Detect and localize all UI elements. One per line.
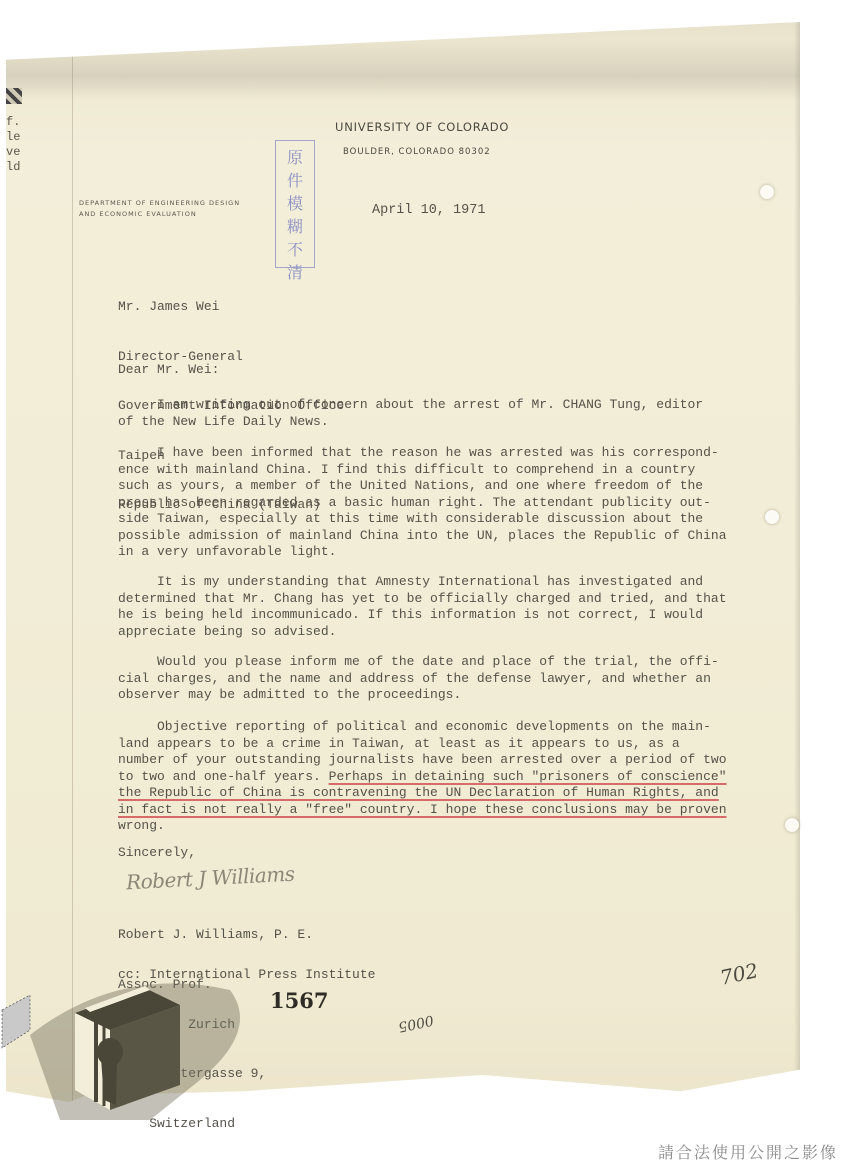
punch-hole bbox=[785, 818, 799, 832]
underlined-passage: in fact is not really a "free" country. … bbox=[118, 802, 727, 817]
archive-keyhole-book-icon bbox=[0, 970, 260, 1130]
paragraph-2: I have been informed that the reason he … bbox=[118, 445, 758, 561]
fragment: ve bbox=[6, 145, 20, 160]
recipient-name: Mr. James Wei bbox=[118, 299, 344, 316]
stamp-char: 件 bbox=[287, 168, 303, 191]
stamp-char: 糊 bbox=[287, 214, 303, 237]
letter-date: April 10, 1971 bbox=[372, 203, 485, 220]
paragraph-3: It is my understanding that Amnesty Inte… bbox=[118, 574, 758, 640]
paragraph-5-end: wrong. bbox=[118, 818, 165, 833]
archive-stamp: 原 件 模 糊 不 清 bbox=[275, 140, 315, 268]
punch-hole bbox=[765, 510, 779, 524]
document-number: 1567 bbox=[270, 988, 328, 1013]
usage-caption: 請合法使用公開之影像 bbox=[658, 1140, 838, 1163]
stamp-char: 原 bbox=[287, 145, 303, 168]
fold-line bbox=[72, 52, 73, 1112]
hatch-mark bbox=[6, 88, 22, 104]
paragraph-5: Objective reporting of political and eco… bbox=[118, 719, 758, 835]
fragment: le bbox=[6, 130, 20, 145]
underlined-passage: Perhaps in detaining such "prisoners of … bbox=[329, 769, 727, 784]
fragment: f. bbox=[6, 115, 20, 130]
department-line: AND ECONOMIC EVALUATION bbox=[79, 209, 240, 220]
institution-name: UNIVERSITY OF COLORADO bbox=[335, 120, 509, 134]
institution-address: BOULDER, COLORADO 80302 bbox=[343, 147, 491, 157]
closing: Sincerely, bbox=[118, 845, 196, 862]
salutation: Dear Mr. Wei: bbox=[118, 362, 219, 379]
department-name: DEPARTMENT OF ENGINEERING DESIGN AND ECO… bbox=[79, 198, 240, 220]
paper-edge-shadow bbox=[794, 22, 800, 1102]
paragraph-1: I am writing out of concern about the ar… bbox=[118, 397, 758, 430]
stamp-char: 模 bbox=[287, 191, 303, 214]
department-line: DEPARTMENT OF ENGINEERING DESIGN bbox=[79, 198, 240, 209]
punch-hole bbox=[760, 185, 774, 199]
underlined-passage: the Republic of China is contravening th… bbox=[118, 785, 719, 800]
fragment: ld bbox=[6, 160, 20, 175]
left-margin-fragments: f. le ve ld bbox=[6, 115, 20, 175]
stamp-char: 不 bbox=[287, 237, 303, 260]
paragraph-4: Would you please inform me of the date a… bbox=[118, 654, 758, 704]
